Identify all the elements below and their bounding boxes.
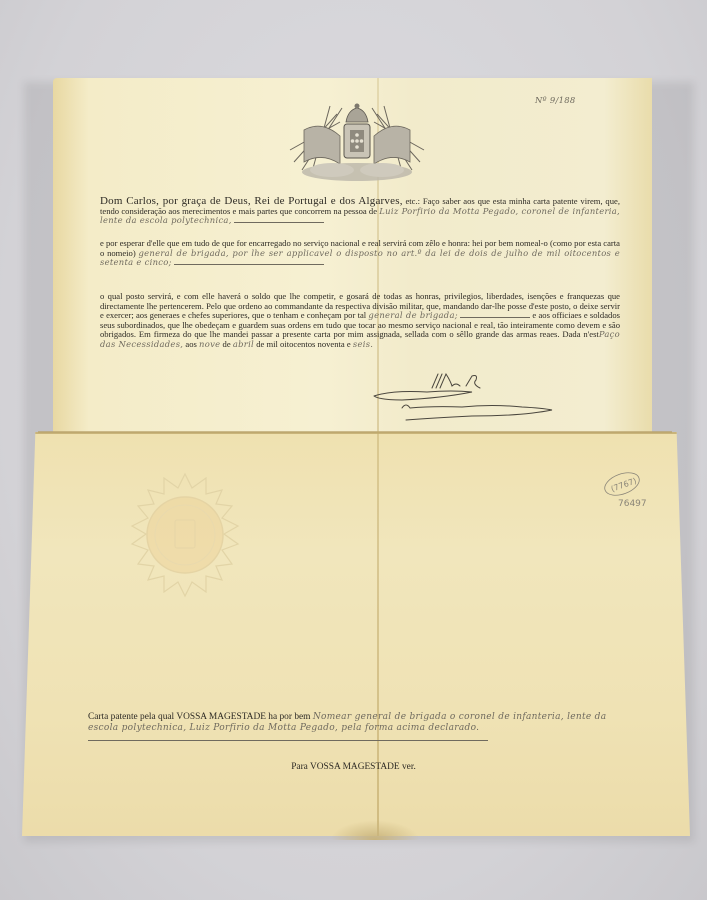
- coat-of-arms-icon: [282, 100, 432, 184]
- endorsement-printed: Carta patente pela qual VOSSA MAGESTADE …: [88, 712, 310, 722]
- bottom-tear: [330, 820, 420, 840]
- printed-aos: aos: [185, 339, 196, 349]
- paragraph-appointment-intro: Dom Carlos, por graça de Deus, Rei de Po…: [100, 197, 620, 226]
- svg-text:(7767): (7767): [610, 476, 638, 494]
- year-handwritten: seis.: [353, 339, 373, 349]
- pencil-inventory-note: (7767) 76497: [600, 470, 680, 520]
- paragraph-privileges: o qual posto servirá, e com elle haverá …: [100, 292, 620, 350]
- endorsement-text: Carta patente pela qual VOSSA MAGESTADE …: [88, 712, 608, 745]
- month-handwritten: abril: [233, 339, 254, 349]
- footer-for-majesty: Para VOSSA MAGESTADE ver.: [0, 762, 707, 772]
- printed-de: de: [223, 339, 231, 349]
- paragraph-nomination: e por esperar d'elle que em tudo de que …: [100, 239, 620, 268]
- day-handwritten: nove: [199, 339, 220, 349]
- blank-rule: [460, 317, 530, 318]
- embossed-seal-icon: [120, 470, 250, 600]
- blank-rule: [174, 264, 324, 265]
- svg-text:76497: 76497: [618, 499, 647, 509]
- reference-number: Nº 9/188: [535, 95, 575, 105]
- signatures-icon: El-Rei: [372, 370, 572, 425]
- blank-rule: [234, 222, 324, 223]
- horizontal-fold: [38, 431, 672, 433]
- printed-year: de mil oitocentos noventa e: [256, 339, 351, 349]
- blank-rule: [88, 740, 488, 741]
- rank-repeat-handwritten: general de brigada;: [368, 310, 457, 320]
